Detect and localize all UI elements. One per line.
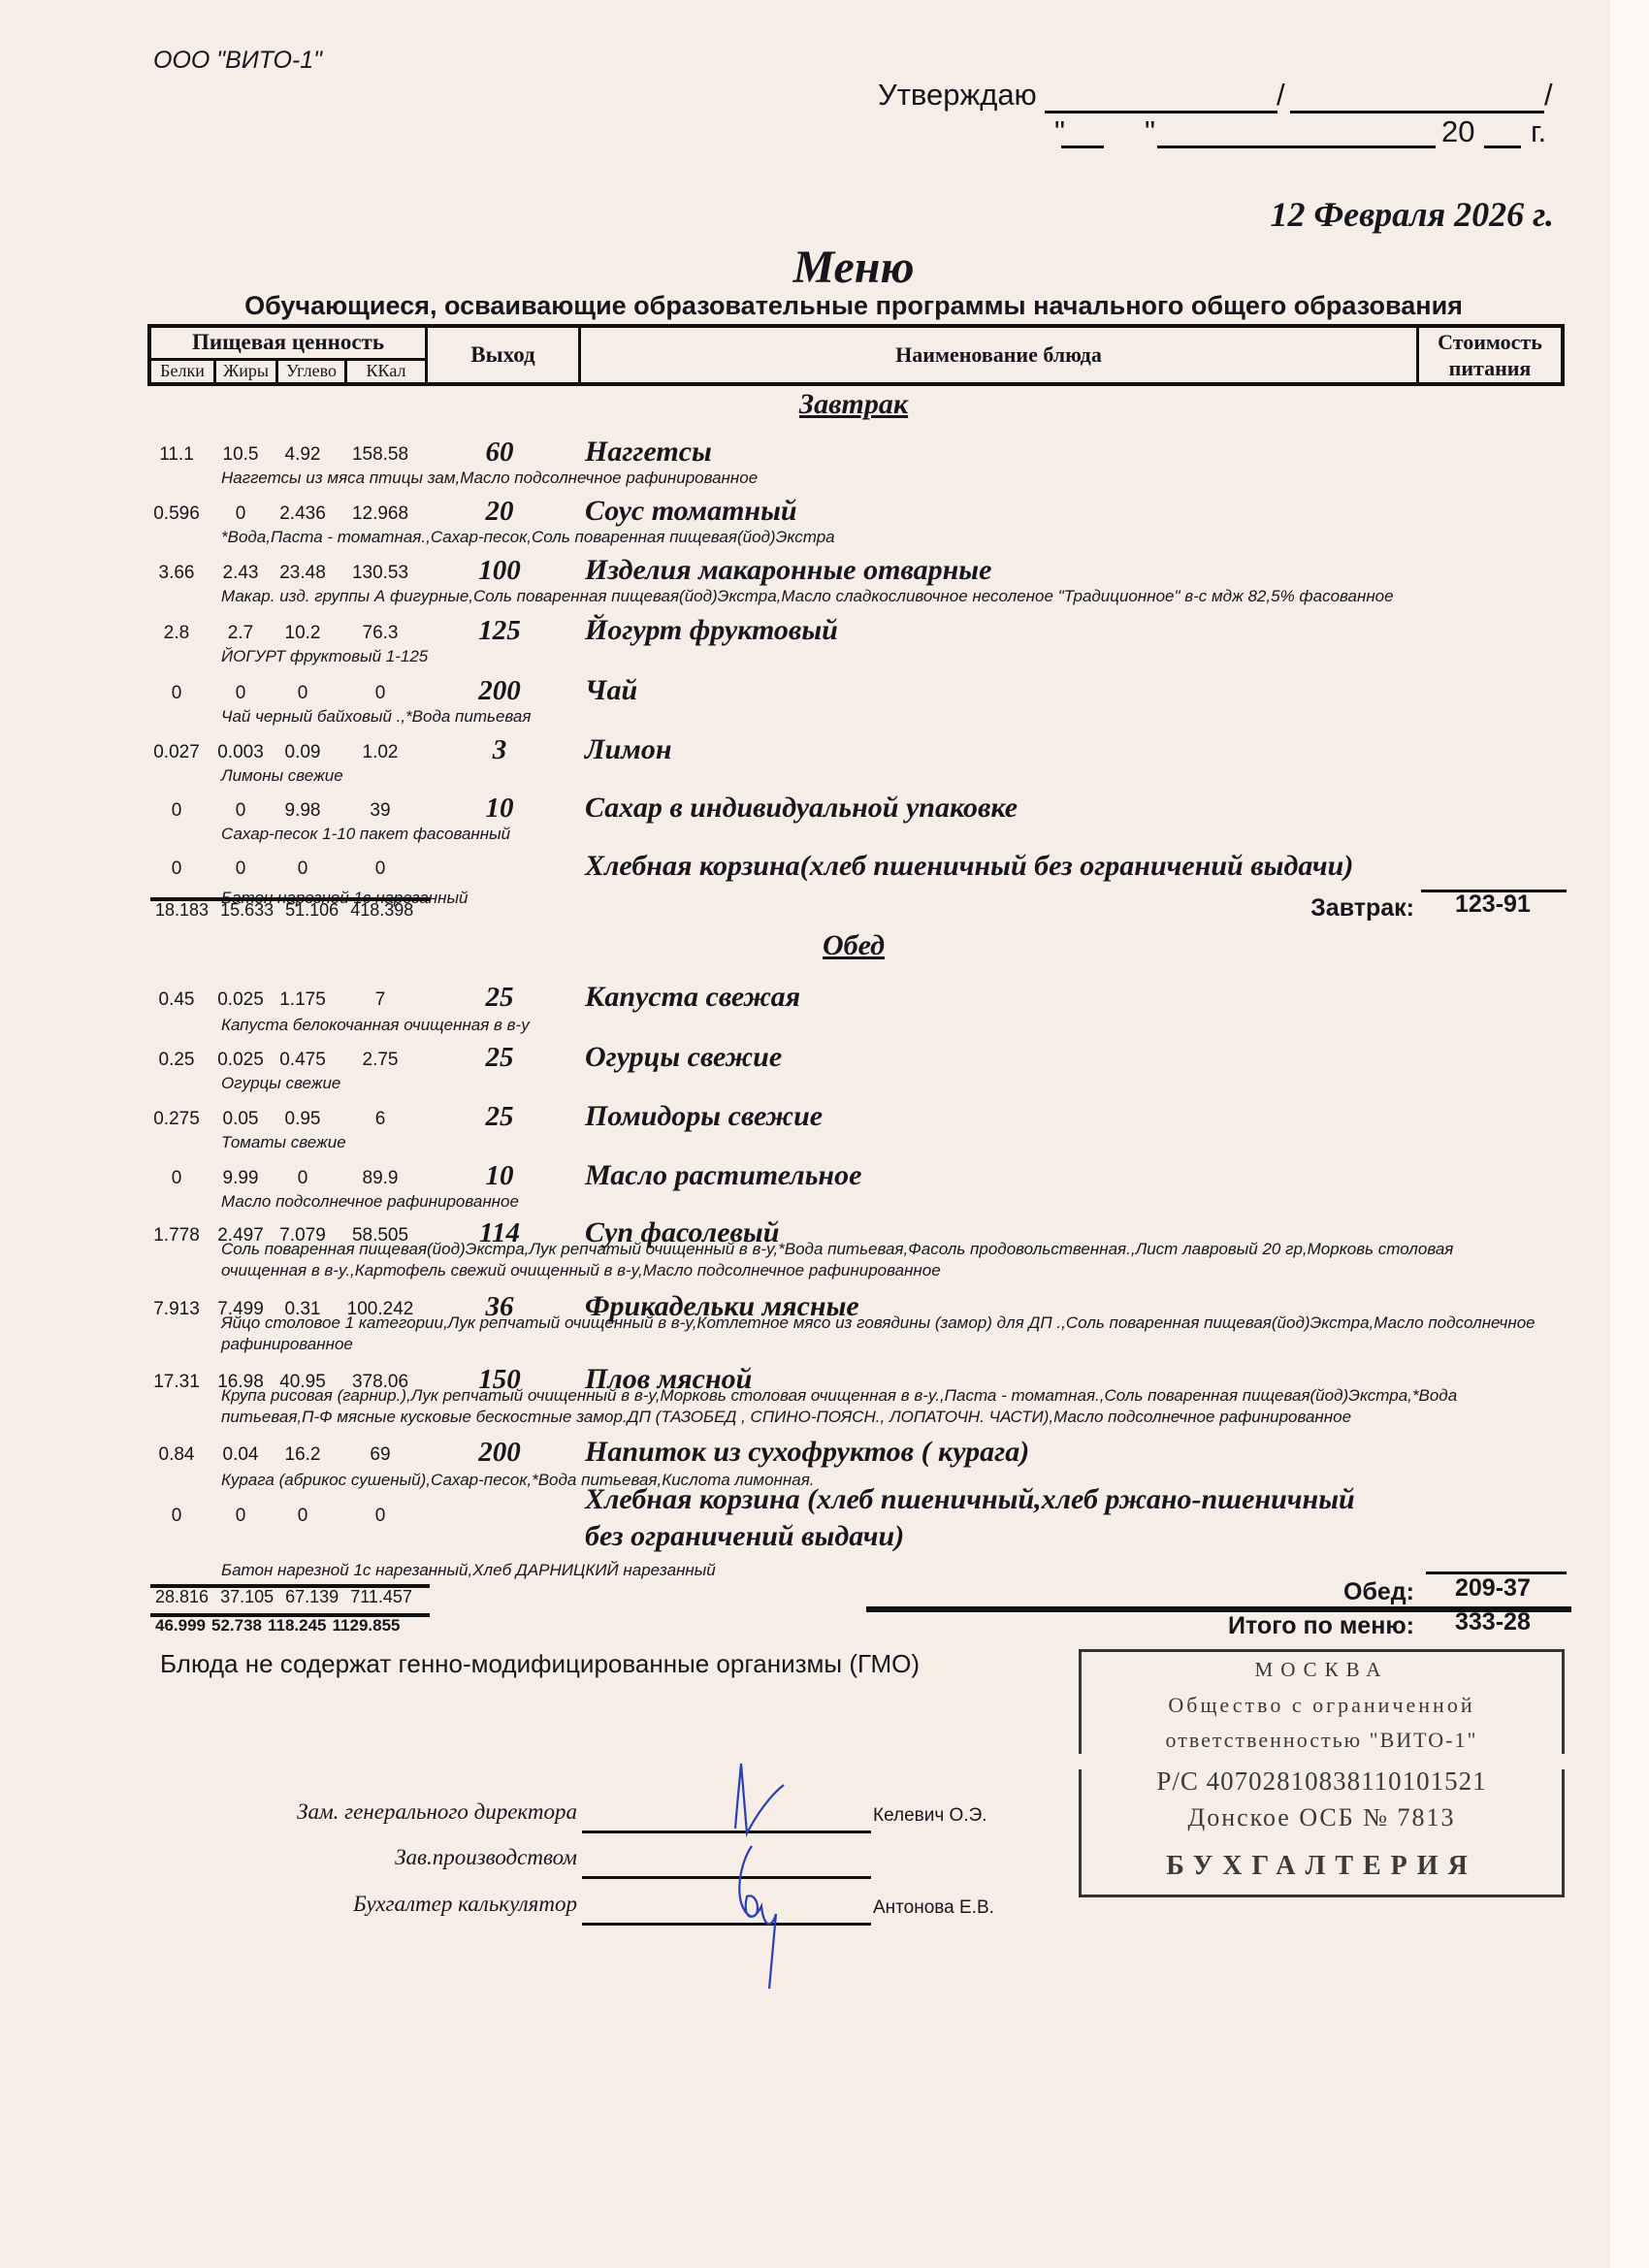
nutrition-carbs: 1.175 [269,989,337,1011]
nutrition-fat: 0.05 [207,1109,275,1130]
nutrition-fat: 0 [207,859,275,880]
dish-ingredients: Наггетсы из мяса птицы зам,Масло подсолн… [221,468,1540,489]
dish-ingredients: Соль поваренная пищевая(йод)Экстра,Лук р… [221,1239,1540,1281]
nutrition-protein: 7.913 [143,1299,210,1320]
nutrition-fat: 0.04 [207,1444,275,1466]
nutrition-fat: 0 [207,800,275,822]
menu-table-header: Пищевая ценность Выход Наименование блюд… [147,324,1565,386]
header-dish-name: Наименование блюда [580,326,1418,384]
dish-ingredients: Макар. изд. группы А фигурные,Соль повар… [221,586,1540,607]
nutrition-protein: 0 [143,1506,210,1527]
dish-name: Огурцы свежие [585,1039,782,1076]
section-price-label: Завтрак: [1310,894,1414,923]
dish-ingredients: Крупа рисовая (гарнир.),Лук репчатый очи… [221,1385,1540,1428]
gmo-note: Блюда не содержат генно-модифицированные… [160,1649,920,1679]
dish-ingredients: ЙОГУРТ фруктовый 1-125 [221,646,1540,667]
signature-role: Зав.производством [257,1845,577,1870]
dish-name: Масло растительное [585,1157,861,1194]
dish-ingredients: Батон нарезной 1с нарезанный,Хлеб ДАРНИЦ… [221,1560,1540,1581]
nutrition-carbs: 0.475 [269,1050,337,1071]
nutrition-protein: 17.31 [143,1372,210,1393]
nutrition-carbs: 0 [269,683,337,704]
signature-scribble-director [718,1746,815,1843]
total-fat: 37.105 [220,1587,274,1607]
nutrition-fat: 0.025 [207,1050,275,1071]
dish-yield: 3 [456,734,543,766]
nutrition-protein: 0 [143,859,210,880]
total-fat: 15.633 [220,900,274,921]
dish-yield: 10 [456,1160,543,1192]
header-yield: Выход [427,326,580,384]
approval-slash: / [1277,78,1285,113]
approval-year-suffix: г. [1531,114,1546,149]
nutrition-kcal: 1.02 [346,742,414,763]
dish-name: Капуста свежая [585,979,800,1016]
header-nutrition: Пищевая ценность [149,326,427,359]
dish-yield: 25 [456,982,543,1014]
page-title: Меню [0,241,1649,294]
company-stamp: МОСКВА Общество с ограниченной ответстве… [1079,1649,1565,1897]
nutrition-kcal: 89.9 [346,1168,414,1189]
dish-ingredients: Яйцо столовое 1 категории,Лук репчатый о… [221,1312,1540,1355]
nutrition-carbs: 4.92 [269,444,337,466]
dish-yield: 25 [456,1101,543,1133]
total-kcal: 418.398 [350,900,413,921]
stamp-account: Р/С 40702810838110101521 [1082,1766,1562,1797]
nutrition-carbs: 10.2 [269,623,337,644]
dish-name: Напиток из сухофруктов ( курага) [585,1434,1029,1471]
nutrition-carbs: 0 [269,1506,337,1527]
dish-name-line2: без ограничений выдачи) [585,1518,904,1555]
nutrition-carbs: 0.09 [269,742,337,763]
nutrition-kcal: 76.3 [346,623,414,644]
dish-name: Наггетсы [585,434,712,470]
nutrition-fat: 0 [207,1506,275,1527]
dish-name: Чай [585,672,637,709]
nutrition-carbs: 2.436 [269,503,337,525]
nutrition-kcal: 39 [346,800,414,822]
audience-subtitle: Обучающиеся, осваивающие образовательные… [0,291,1649,321]
nutrition-fat: 10.5 [207,444,275,466]
stamp-department: БУХГАЛТЕРИЯ [1082,1851,1562,1882]
nutrition-carbs: 23.48 [269,563,337,584]
nutrition-kcal: 2.75 [346,1050,414,1071]
dish-ingredients: Огурцы свежие [221,1073,1540,1094]
header-fat: Жиры [215,359,277,384]
dish-ingredients: *Вода,Паста - томатная.,Сахар-песок,Соль… [221,527,1540,548]
header-cost-line1: Стоимость [1438,330,1542,354]
stamp-company-line1: Общество с ограниченной [1082,1693,1562,1718]
nutrition-kcal: 69 [346,1444,414,1466]
nutrition-protein: 1.778 [143,1225,210,1247]
approval-year-line [1484,118,1521,148]
nutrition-fat: 0 [207,503,275,525]
dish-ingredients: Чай черный байховый .,*Вода питьевая [221,706,1540,728]
signature-role: Бухгалтер калькулятор [257,1892,577,1917]
dish-yield: 100 [456,555,543,587]
paper-edge [1610,0,1649,2268]
dish-yield: 60 [456,437,543,469]
dish-name: Изделия макаронные отварные [585,552,991,589]
approval-label: Утверждаю [878,78,1037,113]
nutrition-protein: 0.596 [143,503,210,525]
nutrition-carbs: 0 [269,1168,337,1189]
nutrition-carbs: 0 [269,859,337,880]
nutrition-protein: 0.275 [143,1109,210,1130]
signature-scribble-accountant [723,1838,800,1993]
dish-yield: 10 [456,793,543,825]
approval-month-line [1157,118,1436,148]
nutrition-fat: 0.003 [207,742,275,763]
nutrition-protein: 0 [143,1168,210,1189]
section-price-label: Обед: [1343,1578,1414,1606]
nutrition-fat: 0 [207,683,275,704]
header-protein: Белки [149,359,215,384]
dish-ingredients: Лимоны свежие [221,765,1540,787]
section-price: 209-37 [1455,1574,1531,1603]
dish-ingredients: Томаты свежие [221,1132,1540,1153]
signatory-name: Антонова Е.В. [873,1897,994,1919]
dish-name: Сахар в индивидуальной упаковке [585,790,1018,826]
nutrition-protein: 0 [143,800,210,822]
section-totals: 28.81637.10567.139711.457 [155,1587,424,1607]
stamp-city: МОСКВА [1082,1658,1562,1682]
nutrition-kcal: 130.53 [346,563,414,584]
total-carbs: 67.139 [285,1587,339,1607]
grand-total-kcal: 1129.855 [333,1616,401,1636]
dish-name: Лимон [585,731,671,768]
signature-role: Зам. генерального директора [257,1799,577,1825]
section-totals: 18.18315.63351.106418.398 [155,900,425,921]
total-protein: 18.183 [155,900,209,921]
nutrition-fat: 0.025 [207,989,275,1011]
nutrition-carbs: 9.98 [269,800,337,822]
nutrition-protein: 0.027 [143,742,210,763]
approval-name-line [1290,83,1544,113]
nutrition-protein: 3.66 [143,563,210,584]
header-cost: Стоимость питания [1418,326,1564,384]
nutrition-fat: 9.99 [207,1168,275,1189]
section-price: 123-91 [1455,891,1531,919]
grand-total-label: Итого по меню: [1228,1612,1414,1640]
dish-name: Хлебная корзина (хлеб пшеничный,хлеб ржа… [585,1481,1355,1518]
menu-date: 12 Февраля 2026 г. [1271,194,1555,235]
grand-total-carbs: 118.245 [268,1616,327,1636]
signatory-name: Келевич О.Э. [873,1805,987,1827]
dish-name: Йогурт фруктовый [585,612,838,649]
approval-slash: / [1544,78,1553,113]
approval-signature-line [1045,83,1277,113]
dish-yield: 200 [456,675,543,707]
nutrition-protein: 2.8 [143,623,210,644]
stamp-bank: Донское ОСБ № 7813 [1082,1803,1562,1832]
section-title: Завтрак [0,388,1649,421]
total-carbs: 51.106 [285,900,339,921]
header-kcal: ККал [346,359,427,384]
nutrition-carbs: 16.2 [269,1444,337,1466]
organization-name: ООО "ВИТО-1" [153,47,322,75]
total-kcal: 711.457 [350,1587,412,1607]
grand-total-price: 333-28 [1455,1608,1531,1636]
nutrition-kcal: 0 [346,1506,414,1527]
section-title: Обед [0,929,1649,962]
total-protein: 28.816 [155,1587,209,1607]
nutrition-protein: 0.84 [143,1444,210,1466]
dish-yield: 25 [456,1042,543,1074]
dish-name: Соус томатный [585,493,797,530]
dish-name: Помидоры свежие [585,1098,823,1135]
nutrition-protein: 0.45 [143,989,210,1011]
dish-ingredients: Сахар-песок 1-10 пакет фасованный [221,824,1540,845]
stamp-company-line2: ответственностью "ВИТО-1" [1082,1728,1562,1753]
nutrition-kcal: 158.58 [346,444,414,466]
header-cost-line2: питания [1449,356,1532,380]
nutrition-kcal: 0 [346,859,414,880]
header-carbs: Углево [277,359,346,384]
nutrition-protein: 11.1 [143,444,210,466]
nutrition-protein: 0 [143,683,210,704]
nutrition-protein: 0.25 [143,1050,210,1071]
nutrition-fat: 2.43 [207,563,275,584]
dish-yield: 200 [456,1437,543,1469]
approval-day-line [1061,118,1104,148]
nutrition-kcal: 0 [346,683,414,704]
nutrition-carbs: 0.95 [269,1109,337,1130]
grand-total-protein: 46.999 [155,1616,206,1636]
grand-total-fat: 52.738 [211,1616,262,1636]
nutrition-kcal: 7 [346,989,414,1011]
nutrition-kcal: 6 [346,1109,414,1130]
dish-yield: 20 [456,496,543,528]
grand-totals: 46.99952.738118.2451129.855 [155,1616,405,1636]
nutrition-kcal: 12.968 [346,503,414,525]
dish-ingredients: Масло подсолнечное рафинированное [221,1191,1540,1213]
approval-quote-close: " [1145,114,1155,149]
approval-year-prefix: 20 [1441,114,1474,149]
nutrition-fat: 2.7 [207,623,275,644]
dish-ingredients: Капуста белокочанная очищенная в в-у [221,1015,1540,1036]
dish-name: Хлебная корзина(хлеб пшеничный без огран… [585,848,1353,885]
dish-yield: 125 [456,615,543,647]
